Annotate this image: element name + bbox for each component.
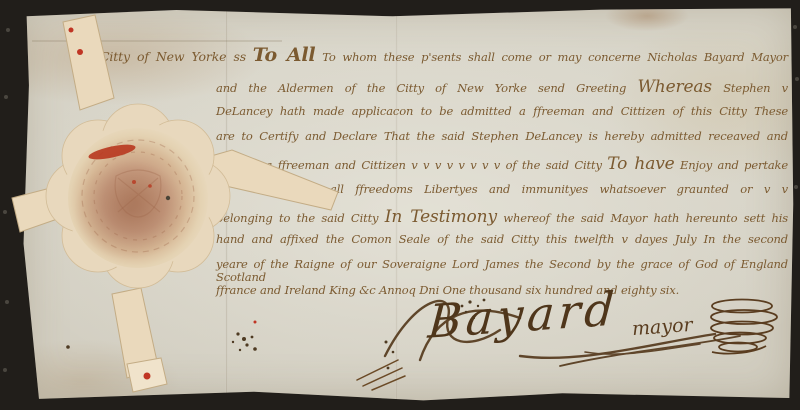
fold-crease xyxy=(32,40,282,42)
line2-large-word: Whereas xyxy=(637,77,711,97)
mayor-signature: Bayard xyxy=(427,285,620,345)
backing-board-hole xyxy=(793,25,797,29)
backing-board-hole xyxy=(5,300,9,304)
line5-large-words: To have xyxy=(607,154,674,174)
manuscript-line-9: yeare of the Raigne of our Soveraigne Lo… xyxy=(216,258,788,284)
line1-prefix: Citty of New Yorke ss xyxy=(100,49,246,64)
line7-large-words: In Testimony xyxy=(385,207,497,227)
backing-board-hole xyxy=(3,210,7,214)
manuscript-line-1: Citty of New Yorke ss To All To whom the… xyxy=(100,45,788,67)
line5-normal: allowed a ffreeman and Cittizen v v v v … xyxy=(216,158,602,172)
backing-board-hole xyxy=(6,28,10,32)
manuscript-line-5: allowed a ffreeman and Cittizen v v v v … xyxy=(216,155,788,175)
line2-end: Stephen v xyxy=(723,81,788,95)
line2-normal: and the Aldermen of the Citty of New Yor… xyxy=(216,81,626,95)
line1-large-words: To All xyxy=(253,44,316,66)
backing-board-hole xyxy=(3,368,7,372)
mayor-signature-title: mayor xyxy=(631,316,693,339)
line5-end: Enjoy and pertake xyxy=(680,158,788,172)
manuscript-line-8: hand and affixed the Comon Seale of the … xyxy=(216,233,788,246)
line7-end: whereof the said Mayor hath hereunto set… xyxy=(503,211,788,225)
backing-board-hole xyxy=(4,95,8,99)
backing-board-hole xyxy=(794,185,798,189)
backing-board-hole xyxy=(795,77,799,81)
line7-normal: belonging to the said Citty xyxy=(216,211,378,225)
manuscript-line-2: and the Aldermen of the Citty of New Yor… xyxy=(216,78,788,98)
parchment-document: Citty of New Yorke ss To All To whom the… xyxy=(22,6,794,402)
manuscript-line-6: all ffreedoms Libertyes and immunityes w… xyxy=(330,183,788,196)
manuscript-line-7: belonging to the said Citty In Testimony… xyxy=(216,208,788,228)
manuscript-line-3: DeLancey hath made applicacon to be admi… xyxy=(216,105,788,118)
manuscript-line-4: are to Certify and Declare That the said… xyxy=(216,130,788,143)
line1-rest: To whom these p'sents shall come or may … xyxy=(322,50,788,64)
photo-background: Citty of New Yorke ss To All To whom the… xyxy=(0,0,800,410)
